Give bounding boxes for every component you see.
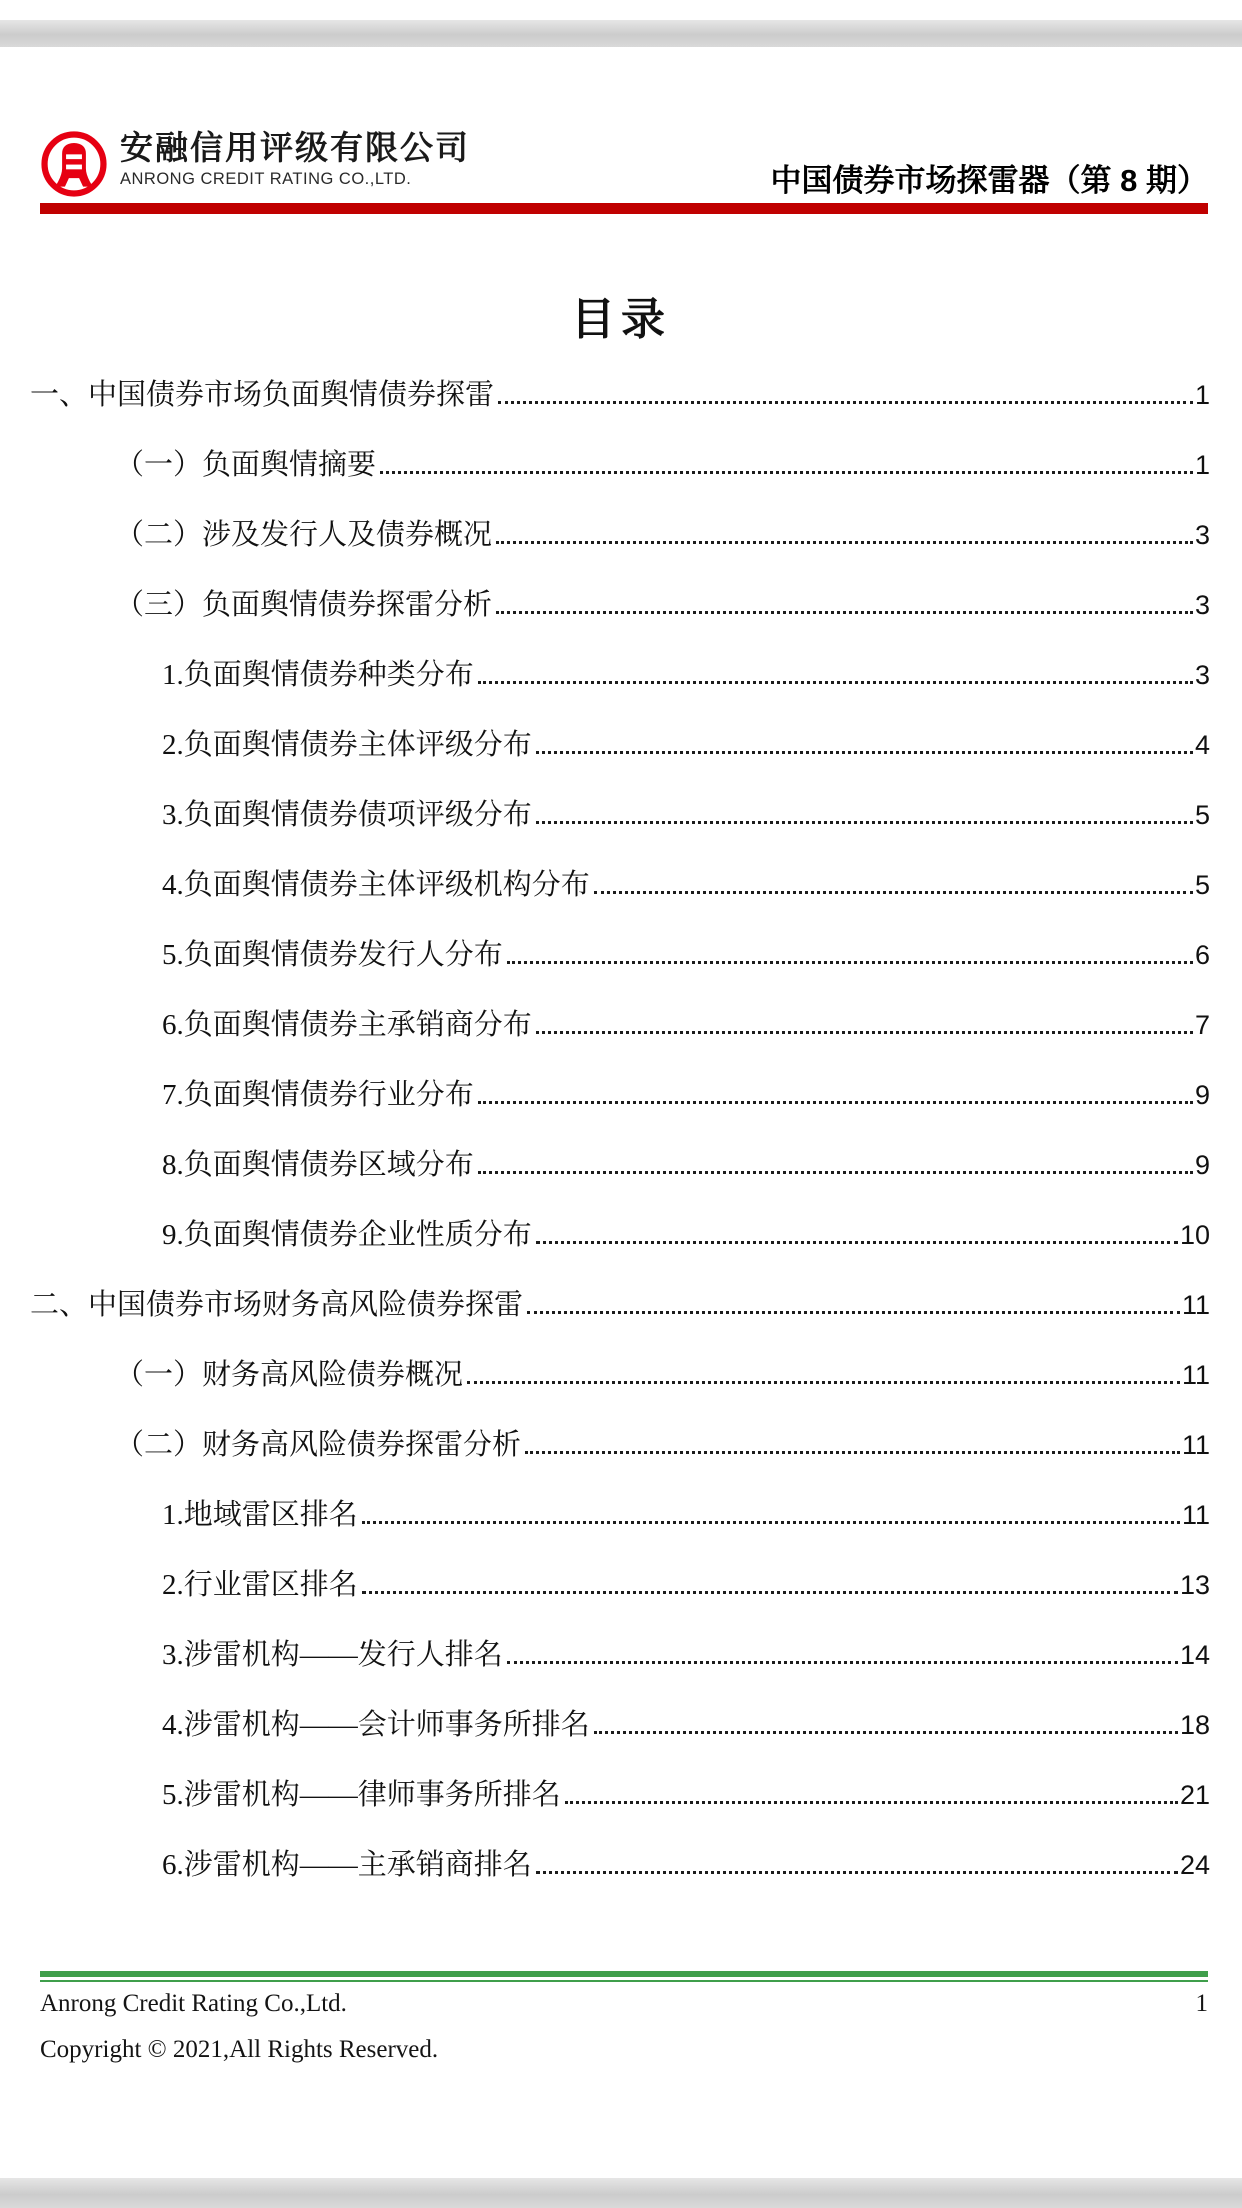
toc-entry-label: 4.涉雷机构——会计师事务所排名	[30, 1690, 590, 1760]
toc-entry-label: 3.涉雷机构——发行人排名	[30, 1620, 503, 1690]
toc-entry-page-number: 13	[1180, 1550, 1210, 1620]
dot-leader	[525, 1451, 1180, 1454]
toc-entry[interactable]: 1.负面舆情债券种类分布 3	[30, 640, 1210, 710]
dot-leader	[496, 541, 1193, 544]
dot-leader	[478, 1171, 1193, 1174]
toc-entry[interactable]: （二）涉及发行人及债券概况 3	[30, 500, 1210, 570]
dot-leader	[527, 1311, 1180, 1314]
toc-entry-page-number: 1	[1195, 430, 1210, 500]
toc-entry-label: （一）负面舆情摘要	[30, 430, 376, 500]
document-page: 安融信用评级有限公司 ANRONG CREDIT RATING CO.,LTD.…	[0, 0, 1242, 2208]
toc-entry-label: 一、中国债券市场负面舆情债券探雷	[30, 360, 494, 430]
toc-entry-label: （二）财务高风险债券探雷分析	[30, 1410, 521, 1480]
dot-leader	[467, 1381, 1180, 1384]
dot-leader	[362, 1591, 1178, 1594]
dot-leader	[507, 1661, 1178, 1664]
toc-entry[interactable]: （二）财务高风险债券探雷分析 11	[30, 1410, 1210, 1480]
toc-entry-label: 8.负面舆情债券区域分布	[30, 1130, 474, 1200]
toc-entry-page-number: 14	[1180, 1620, 1210, 1690]
toc-title: 目录	[0, 283, 1242, 347]
toc-entry[interactable]: 1.地域雷区排名 11	[30, 1480, 1210, 1550]
toc-entry[interactable]: 3.负面舆情债券债项评级分布 5	[30, 780, 1210, 850]
toc-entry-label: 二、中国债券市场财务高风险债券探雷	[30, 1270, 523, 1340]
toc-entry-page-number: 11	[1182, 1270, 1210, 1340]
toc-entry[interactable]: 4.负面舆情债券主体评级机构分布 5	[30, 850, 1210, 920]
toc-entry[interactable]: 6.负面舆情债券主承销商分布 7	[30, 990, 1210, 1060]
toc-entry-page-number: 9	[1195, 1060, 1210, 1130]
company-brand: 安融信用评级有限公司 ANRONG CREDIT RATING CO.,LTD.	[120, 128, 470, 190]
dot-leader	[536, 1241, 1178, 1244]
toc-entry-label: 6.涉雷机构——主承销商排名	[30, 1830, 532, 1900]
company-name-zh: 安融信用评级有限公司	[120, 128, 470, 168]
dot-leader	[498, 401, 1193, 404]
toc-entry-page-number: 18	[1180, 1690, 1210, 1760]
toc-entry[interactable]: 2.负面舆情债券主体评级分布 4	[30, 710, 1210, 780]
toc-entry-label: 3.负面舆情债券债项评级分布	[30, 780, 532, 850]
anrong-logo-icon	[40, 130, 108, 198]
toc-entry[interactable]: 5.负面舆情债券发行人分布 6	[30, 920, 1210, 990]
toc-entry-page-number: 3	[1195, 570, 1210, 640]
toc-entry-label: 2.负面舆情债券主体评级分布	[30, 710, 532, 780]
footer-company: Anrong Credit Rating Co.,Ltd.	[40, 1990, 347, 2018]
toc-entry[interactable]: （三）负面舆情债券探雷分析 3	[30, 570, 1210, 640]
header-rule	[40, 203, 1208, 214]
toc-entry-page-number: 1	[1195, 360, 1210, 430]
toc-entry-label: 2.行业雷区排名	[30, 1550, 358, 1620]
toc-entry[interactable]: 二、中国债券市场财务高风险债券探雷 11	[30, 1270, 1210, 1340]
toc-entry-label: 4.负面舆情债券主体评级机构分布	[30, 850, 590, 920]
toc-entry-page-number: 11	[1182, 1410, 1210, 1480]
toc-entry-page-number: 24	[1180, 1830, 1210, 1900]
toc-entry-page-number: 6	[1195, 920, 1210, 990]
dot-leader	[362, 1521, 1180, 1524]
toc-entry[interactable]: 7.负面舆情债券行业分布 9	[30, 1060, 1210, 1130]
report-title: 中国债券市场探雷器（第 8 期）	[771, 155, 1208, 200]
toc-entry-label: 1.地域雷区排名	[30, 1480, 358, 1550]
toc-entry[interactable]: 5.涉雷机构——律师事务所排名 21	[30, 1760, 1210, 1830]
page-footer: Anrong Credit Rating Co.,Ltd. 1	[40, 1990, 1208, 2018]
toc-entry[interactable]: 9.负面舆情债券企业性质分布 10	[30, 1200, 1210, 1270]
toc-entry-page-number: 7	[1195, 990, 1210, 1060]
footer-page-number: 1	[1196, 1990, 1209, 2018]
page-separator-bottom	[0, 2178, 1242, 2208]
toc-entry-page-number: 5	[1195, 780, 1210, 850]
toc-entry[interactable]: 3.涉雷机构——发行人排名 14	[30, 1620, 1210, 1690]
toc-entry-label: 1.负面舆情债券种类分布	[30, 640, 474, 710]
footer-copyright: Copyright © 2021,All Rights Reserved.	[40, 2036, 438, 2064]
page-separator-top	[0, 20, 1242, 47]
toc-entry[interactable]: 6.涉雷机构——主承销商排名 24	[30, 1830, 1210, 1900]
dot-leader	[594, 1731, 1178, 1734]
toc-entry-label: 6.负面舆情债券主承销商分布	[30, 990, 532, 1060]
toc-entry-label: 7.负面舆情债券行业分布	[30, 1060, 474, 1130]
toc-entry-label: （二）涉及发行人及债券概况	[30, 500, 492, 570]
toc-entry-label: （三）负面舆情债券探雷分析	[30, 570, 492, 640]
dot-leader	[380, 471, 1193, 474]
dot-leader	[507, 961, 1193, 964]
dot-leader	[478, 1101, 1193, 1104]
toc-entry-label: 5.涉雷机构——律师事务所排名	[30, 1760, 561, 1830]
toc-entry-page-number: 5	[1195, 850, 1210, 920]
toc-entry-label: 9.负面舆情债券企业性质分布	[30, 1200, 532, 1270]
toc-entry[interactable]: 4.涉雷机构——会计师事务所排名 18	[30, 1690, 1210, 1760]
footer-rule	[40, 1971, 1208, 1982]
dot-leader	[478, 681, 1193, 684]
toc-entry-page-number: 11	[1182, 1480, 1210, 1550]
page-header: 安融信用评级有限公司 ANRONG CREDIT RATING CO.,LTD.…	[40, 128, 1208, 200]
toc-entry[interactable]: 8.负面舆情债券区域分布 9	[30, 1130, 1210, 1200]
toc-entry-label: 5.负面舆情债券发行人分布	[30, 920, 503, 990]
toc-entry-page-number: 11	[1182, 1340, 1210, 1410]
toc-entry-page-number: 9	[1195, 1130, 1210, 1200]
dot-leader	[536, 1871, 1178, 1874]
dot-leader	[594, 891, 1193, 894]
company-name-en: ANRONG CREDIT RATING CO.,LTD.	[120, 168, 470, 190]
toc-entry-page-number: 3	[1195, 640, 1210, 710]
toc-entry-page-number: 4	[1195, 710, 1210, 780]
toc-entry-page-number: 21	[1180, 1760, 1210, 1830]
dot-leader	[565, 1801, 1178, 1804]
dot-leader	[536, 821, 1193, 824]
dot-leader	[536, 1031, 1193, 1034]
toc-entry[interactable]: 一、中国债券市场负面舆情债券探雷 1	[30, 360, 1210, 430]
toc-entry[interactable]: （一）负面舆情摘要 1	[30, 430, 1210, 500]
table-of-contents: 一、中国债券市场负面舆情债券探雷 1 （一）负面舆情摘要 1 （二）涉及发行人及…	[30, 360, 1210, 1900]
toc-entry-page-number: 3	[1195, 500, 1210, 570]
toc-entry-page-number: 10	[1180, 1200, 1210, 1270]
dot-leader	[496, 611, 1193, 614]
toc-entry-label: （一）财务高风险债券概况	[30, 1340, 463, 1410]
toc-entry[interactable]: （一）财务高风险债券概况 11	[30, 1340, 1210, 1410]
toc-entry[interactable]: 2.行业雷区排名 13	[30, 1550, 1210, 1620]
dot-leader	[536, 751, 1193, 754]
